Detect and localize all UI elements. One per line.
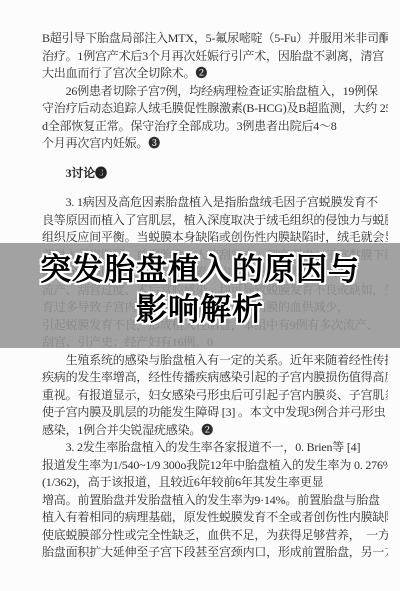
section-heading-discussion: 3讨论❸ — [42, 165, 388, 183]
paragraph-treatment: B超引导下胎盘局部注入MTX，5-氟尿嘧啶（5-Fu）并服用米非司酮 治疗。1例… — [42, 30, 388, 83]
overlay-title-line1: 突发胎盘植入的原因与 — [0, 250, 400, 290]
paragraph-incidence: 3. 2发生率胎盘植入的发生率各家报道不一，0. Brien等 [4] 报道发生… — [42, 439, 388, 562]
paragraph-infection: 生殖系统的感染与胎盘植入有一定的关系。近年来随着经性传播 疾病的发生率增高，经性… — [42, 352, 388, 440]
document-page: B超引导下胎盘局部注入MTX，5-氟尿嘧啶（5-Fu）并服用米非司酮 治疗。1例… — [0, 0, 400, 591]
paragraph-results: 26例患者切除子宫7例，均经病理检查证实胎盘植入，19例保 守治疗后动态追踪人绒… — [42, 83, 388, 153]
overlay-title-line2: 影响解析 — [0, 290, 400, 330]
overlay-title: 突发胎盘植入的原因与 影响解析 — [0, 250, 400, 330]
